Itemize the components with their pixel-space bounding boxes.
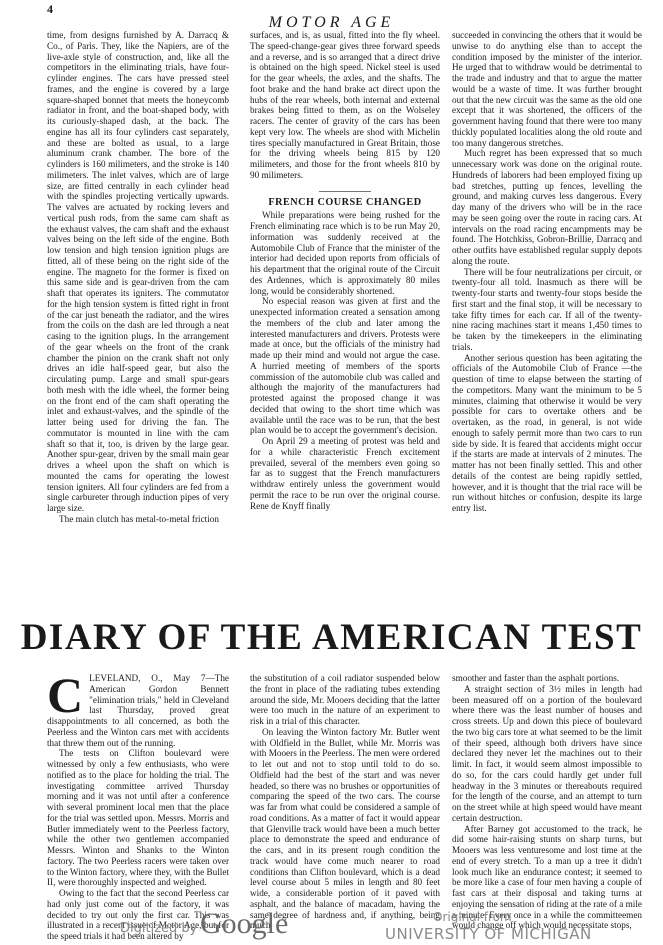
top-article-column-1: time, from designs furnished by A. Darra… [47,30,229,525]
section-subheading: FRENCH COURSE CHANGED [250,198,440,209]
bottom-article-column-2: the substitution of a coil radiator susp… [250,673,440,931]
section-divider [319,191,371,192]
google-logo: Google [200,907,288,941]
institution-label: UNIVERSITY OF MICHIGAN [385,925,592,943]
paragraph: A straight section of 3½ miles in length… [452,684,642,824]
paragraph: On April 29 a meeting of protest was hel… [250,436,440,511]
drop-cap: C [47,676,83,714]
bottom-article-column-3: smoother and faster than the asphalt por… [452,673,642,931]
paragraph: the substitution of a coil radiator susp… [250,673,440,727]
paragraph: The main clutch has metal-to-metal frict… [47,514,229,525]
paragraph: No especial reason was given at first an… [250,296,440,436]
paragraph: Much regret has been expressed that so m… [452,148,642,266]
paragraph: smoother and faster than the asphalt por… [452,673,642,684]
paragraph: time, from designs furnished by A. Darra… [47,30,229,514]
bottom-article-column-1: CLEVELAND, O., May 7—The American Gordon… [47,673,229,942]
paragraph: succeeded in convincing the others that … [452,30,642,148]
digitized-by-label: Digitized by [120,921,197,936]
paragraph: While preparations were being rushed for… [250,210,440,296]
top-article-column-3: succeeded in convincing the others that … [452,30,642,514]
paragraph: CLEVELAND, O., May 7—The American Gordon… [47,673,229,748]
paragraph: On leaving the Winton factory Mr. Butler… [250,727,440,931]
digitization-footer: Digitized by Google Original from UNIVER… [0,905,663,945]
original-from-label: Original from [433,910,512,924]
top-article-column-2: surfaces, and is, as usual, fitted into … [250,30,440,511]
paragraph: surfaces, and is, as usual, fitted into … [250,30,440,181]
paragraph: The tests on Clifton boulevard were witn… [47,748,229,888]
paragraph: There will be four neutralizations per c… [452,267,642,353]
article-headline: DIARY OF THE AMERICAN TEST [0,618,663,658]
paragraph: Another serious question has been agitat… [452,353,642,514]
